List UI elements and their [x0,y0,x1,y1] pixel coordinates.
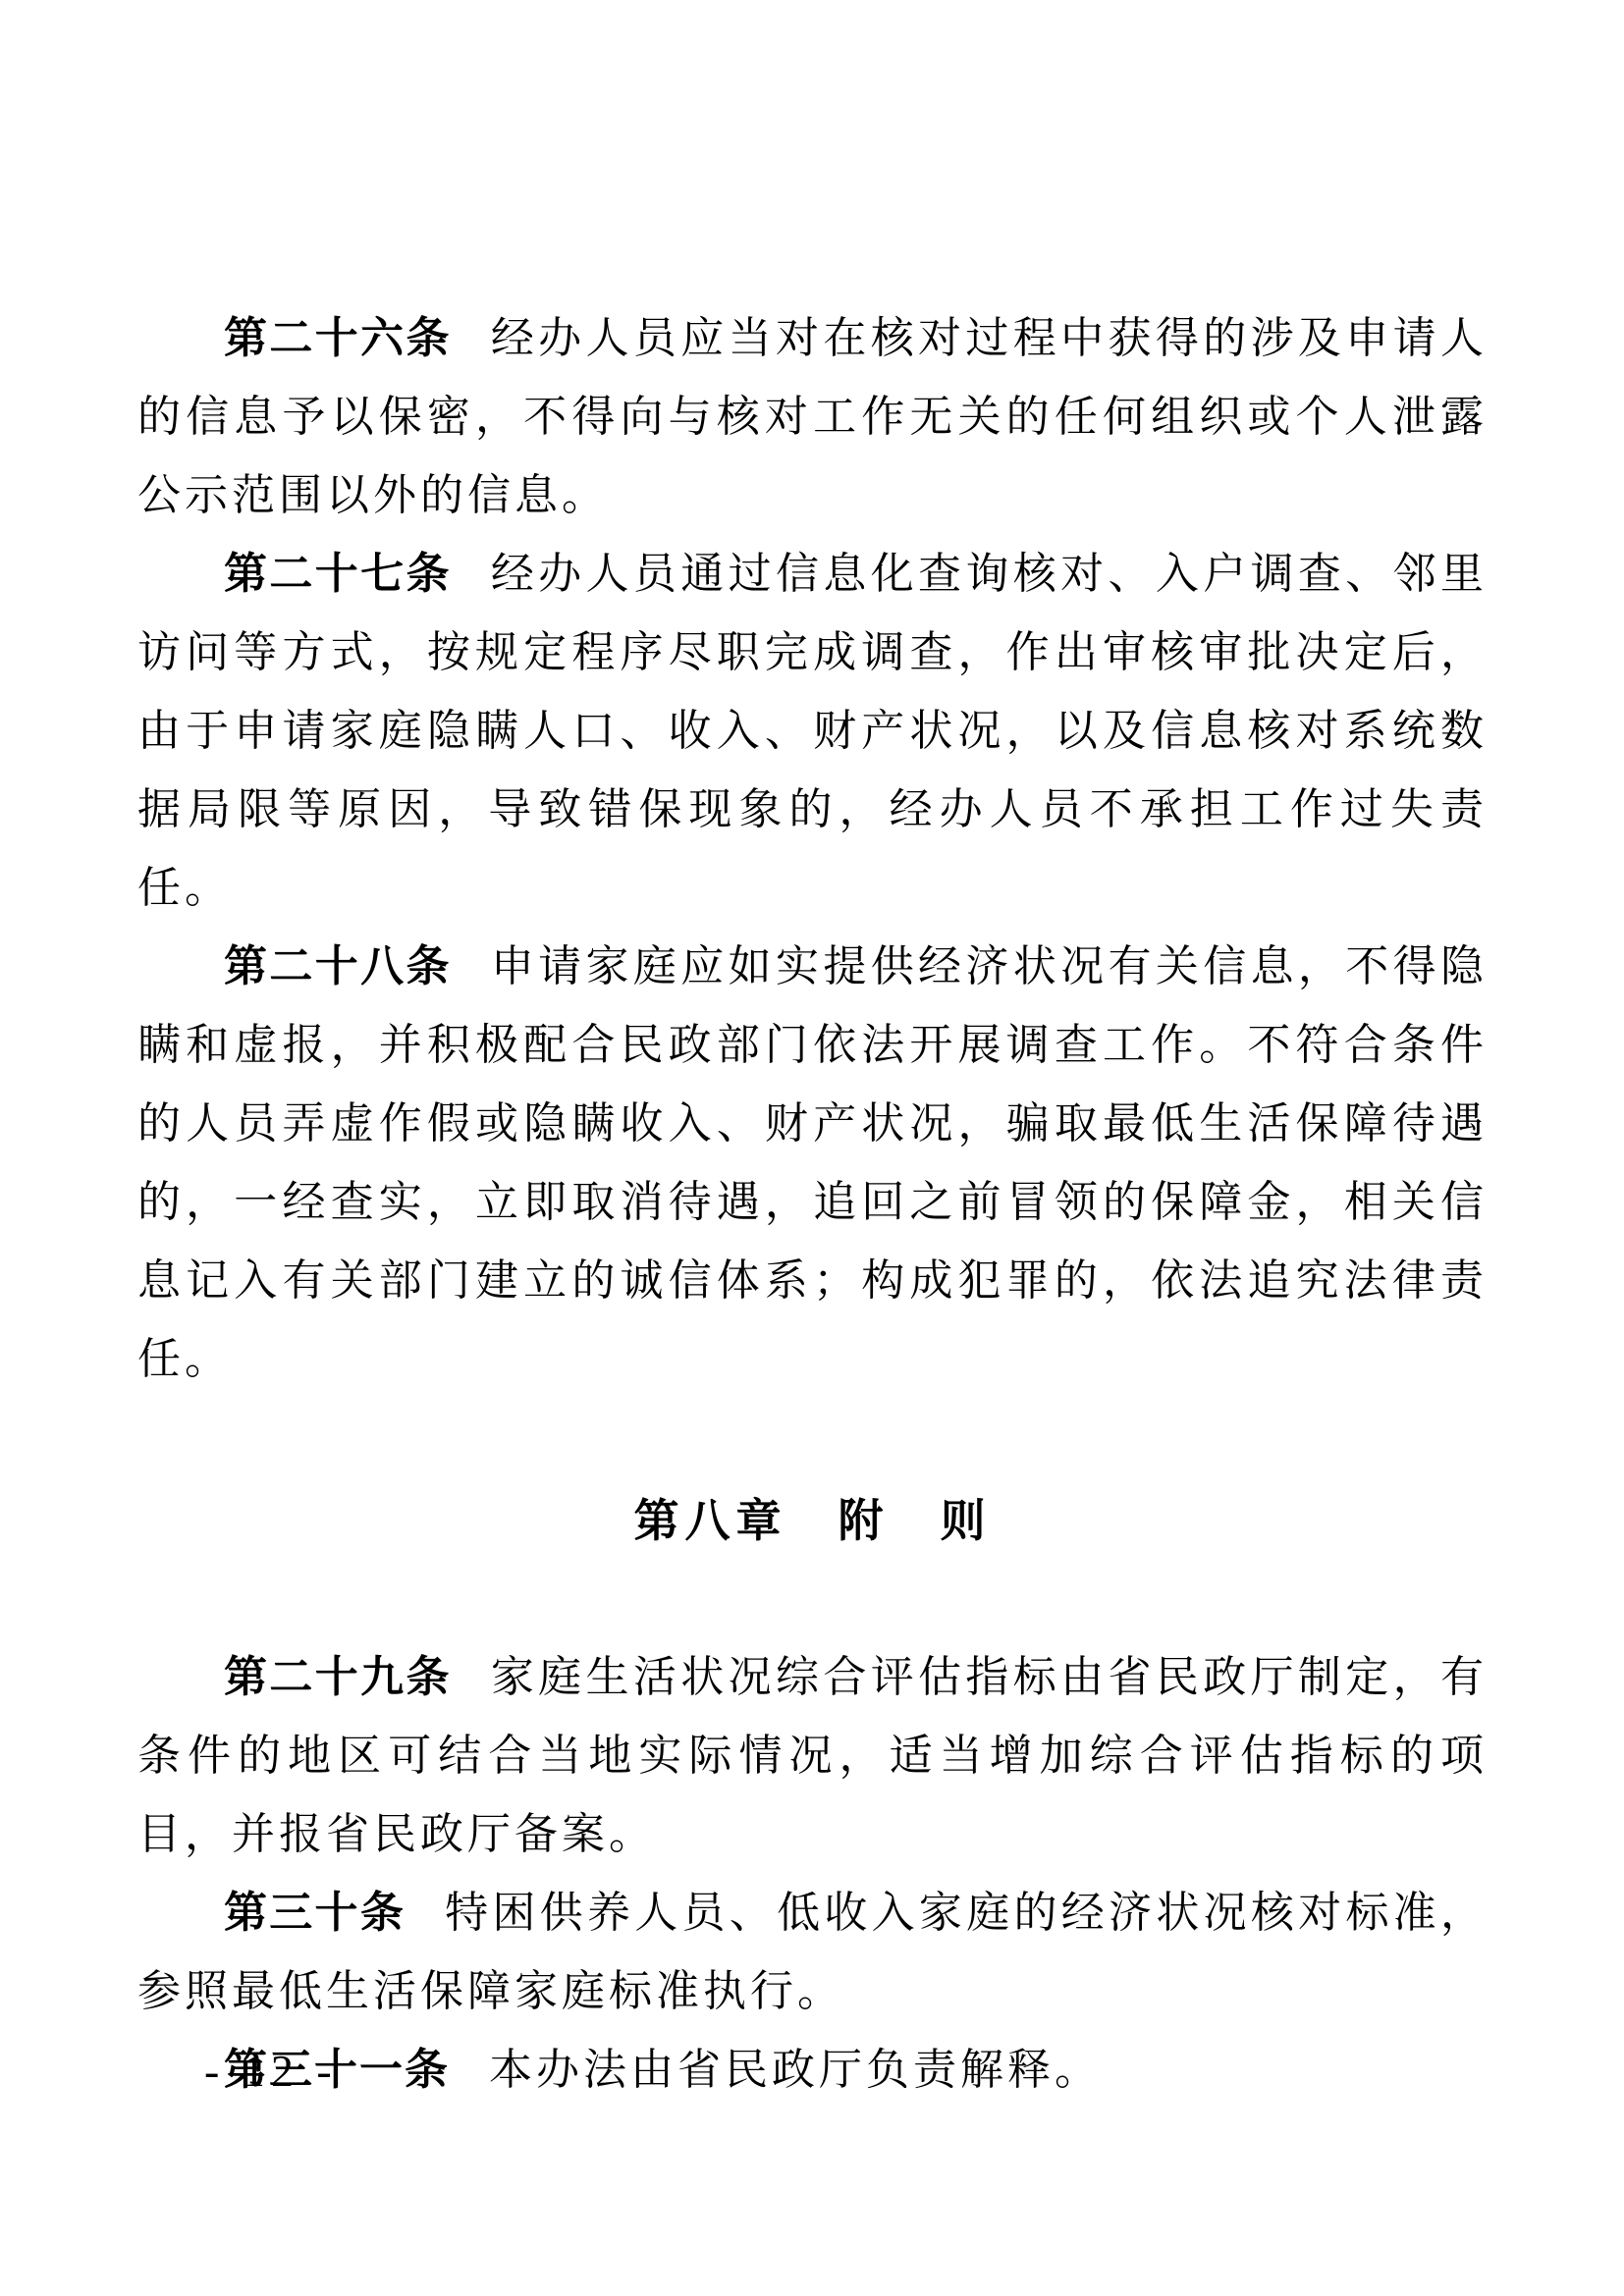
article-27-number: 第二十七条 [224,550,452,598]
page-number: - 12 - [204,2044,338,2099]
article-28-number: 第二十八条 [224,942,452,990]
article-26-number: 第二十六条 [224,314,452,362]
article-27-text: 经办人员通过信息化查询核对、入户调查、邻里访问等方式，按规定程序尽职完成调查，作… [137,550,1488,912]
article-30-paragraph: 第三十条特困供养人员、低收入家庭的经济状况核对标准，参照最低生活保障家庭标准执行… [137,1874,1488,2031]
document-body: 第二十六条经办人员应当对在核对过程中获得的涉及申请人的信息予以保密，不得向与核对… [137,299,1488,2109]
article-31-text: 本办法由省民政厅负责解释。 [489,2046,1102,2094]
article-28-text: 申请家庭应如实提供经济状况有关信息，不得隐瞒和虚报，并积极配合民政部门依法开展调… [137,942,1488,1383]
article-29-paragraph: 第二十九条家庭生活状况综合评估指标由省民政厅制定，有条件的地区可结合当地实际情况… [137,1638,1488,1874]
article-26-paragraph: 第二十六条经办人员应当对在核对过程中获得的涉及申请人的信息予以保密，不得向与核对… [137,299,1488,535]
article-28-paragraph: 第二十八条申请家庭应如实提供经济状况有关信息，不得隐瞒和虚报，并积极配合民政部门… [137,928,1488,1399]
article-29-number: 第二十九条 [224,1653,452,1701]
article-31-paragraph: 第三十一条本办法由省民政厅负责解释。 [137,2031,1488,2109]
chapter-8-heading: 第八章 附 则 [137,1481,1488,1560]
article-30-number: 第三十条 [224,1889,406,1937]
document-page: 第二十六条经办人员应当对在核对过程中获得的涉及申请人的信息予以保密，不得向与核对… [0,0,1624,2296]
article-27-paragraph: 第二十七条经办人员通过信息化查询核对、入户调查、邻里访问等方式，按规定程序尽职完… [137,535,1488,928]
